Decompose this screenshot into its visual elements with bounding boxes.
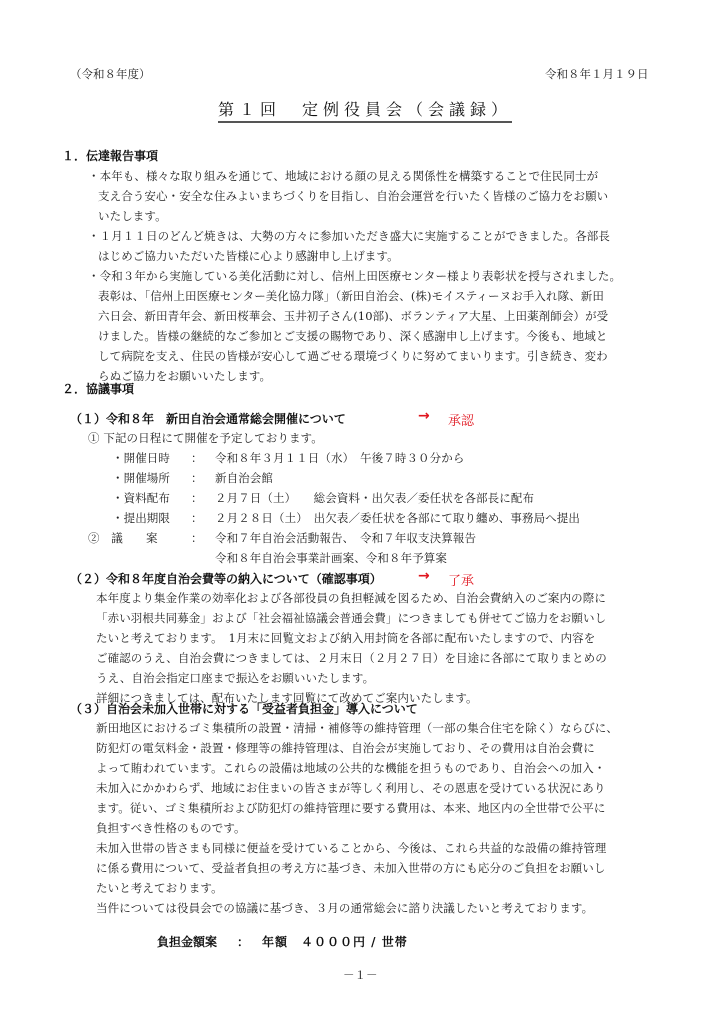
text-line: ・令和３年から実施している美化活動に対し、信州上田医療センター様より表彰状を授与…: [88, 268, 621, 284]
text-line: 本年度より集金作業の効率化および各部役員の負担軽減を図るため、自治会費納入のご案…: [96, 590, 606, 606]
text-line: ・本年も、様々な取り組みを通じて、地域における顔の見える関係性を構築することで住…: [88, 168, 598, 184]
text-line: に係る費用について、受益者負担の考え方に基づき、未加入世帯の方にも応分のご負担を…: [96, 860, 605, 876]
document-date: 令和８年１月１９日: [545, 66, 649, 82]
schedule-sep: ：: [191, 510, 203, 526]
text-line: 未加入世帯の皆さまも同様に便益を受けていることから、今後は、これら共益的な設備の…: [96, 840, 606, 856]
text-line: いたします。: [98, 208, 167, 224]
text-line: して病院を支え、住民の皆様が安心して過ごせる環境づくりに努めてまいります。引き続…: [98, 348, 608, 364]
text-line: はじめご協力いただいた皆様に心より感謝申し上げます。: [98, 248, 399, 264]
page-number: －１－: [343, 967, 378, 983]
fee-value: 年額 ４０００円 / 世帯: [262, 933, 408, 950]
item1-title: （１）令和８年 新田自治会通常総会開催について: [70, 410, 346, 427]
fiscal-year: （令和８年度）: [70, 66, 151, 82]
agenda-line: 令和８年自治会事業計画案、令和８年予算案: [215, 550, 447, 566]
text-line: けました。皆様の継続的なご参加とご支援の賜物であり、深く感謝申し上げます。今後も…: [98, 328, 607, 344]
item1-sub2-sep: ：: [191, 530, 203, 546]
agenda-line: 令和７年自治会活動報告、 令和７年収支決算報告: [215, 530, 476, 546]
text-line: 六日会、新田青年会、新田桜華会、玉井初子さん(10部)、ボランティア大星、上田薬…: [98, 308, 608, 324]
text-line: たいと考えております。 1月末に回覧文および納入用封筒を各部に配布いたしますので…: [96, 630, 595, 646]
arrow-right-icon: →: [418, 568, 430, 584]
text-line: 新田地区におけるゴミ集積所の設置・清掃・補修等の維持管理（一部の集合住宅を除く）…: [96, 720, 618, 736]
text-line: 支え合う安心・安全な住みよいまちづくりを目指し、自治会運営を行いたく皆様のご協力…: [98, 188, 608, 204]
schedule-label: ・提出期限: [112, 510, 170, 526]
text-line: ます。従い、ゴミ集積所および防犯灯の維持管理に要する費用は、本来、地区内の全世帯…: [96, 800, 605, 816]
text-line: ご確認のうえ、自治会費につきましては、２月末日（２月２７日）を目途に各部にて取り…: [96, 650, 607, 666]
text-line: 防犯灯の電気料金・設置・修理等の維持管理は、自治会が実施しており、その費用は自治…: [96, 740, 595, 756]
schedule-sep: ：: [191, 490, 203, 506]
schedule-label: ・資料配布: [112, 490, 170, 506]
arrow-right-icon: →: [418, 408, 430, 424]
schedule-label: ・開催日時: [112, 450, 170, 466]
text-line: たいと考えております。: [96, 880, 223, 896]
section2-heading: ２．協議事項: [62, 380, 134, 397]
item2-result-badge: 了承: [448, 570, 474, 589]
item1-result-badge: 承認: [448, 410, 474, 429]
schedule-value: 令和８年３月１１日（水） 午後７時３０分から: [215, 450, 464, 466]
text-line: 当件については役員会での協議に基づき、３月の通常総会に諮り決議したいと考えており…: [96, 900, 593, 916]
item1-sub2-label: ② 議 案: [88, 530, 158, 546]
fee-sep: ：: [237, 933, 249, 950]
schedule-label: ・開催場所: [112, 470, 170, 486]
text-line: 「赤い羽根共同募金」および「社会福祉協議会普通会費」につきましても併せてご協力を…: [96, 610, 606, 626]
section1-heading: １．伝達報告事項: [62, 147, 158, 164]
schedule-value: ２月７日（土） 総会資料・出欠表／委任状を各部長に配布: [215, 490, 534, 506]
text-line: よって賄われています。これらの設備は地域の公共的な機能を担うものであり、自治会へ…: [96, 760, 605, 776]
item3-title: （３）自治会未加入世帯に対する「受益者負担金」導入について: [70, 700, 418, 717]
page-title: 第１回 定例役員会（会議録）: [218, 97, 512, 123]
schedule-sep: ：: [191, 450, 203, 466]
fee-label: 負担金額案: [157, 933, 217, 950]
text-line: 負担すべき性格のものです。: [96, 820, 246, 836]
text-line: 表彰は、「信州上田医療センター美化協力隊」（新田自治会、(株)モイスティーヌお手…: [98, 288, 604, 304]
schedule-sep: ：: [191, 470, 203, 486]
schedule-value: 新自治会館: [215, 470, 273, 486]
item2-title: （２）令和８年度自治会費等の納入について（確認事項）: [70, 570, 382, 587]
text-line: うえ、自治会指定口座まで振込をお願いいたします。: [96, 670, 374, 686]
text-line: ・１月１１日のどんど焼きは、大勢の方々に参加いただき盛大に実施することができまし…: [88, 228, 610, 244]
item1-sub1: ① 下記の日程にて開催を予定しております。: [88, 430, 323, 446]
text-line: 未加入にかかわらず、地域にお住まいの皆さまが等しく利用し、その恩恵を受けている状…: [96, 780, 605, 796]
schedule-value: ２月２８日（土） 出欠表／委任状を各部にて取り纏め、事務局へ提出: [215, 510, 580, 526]
